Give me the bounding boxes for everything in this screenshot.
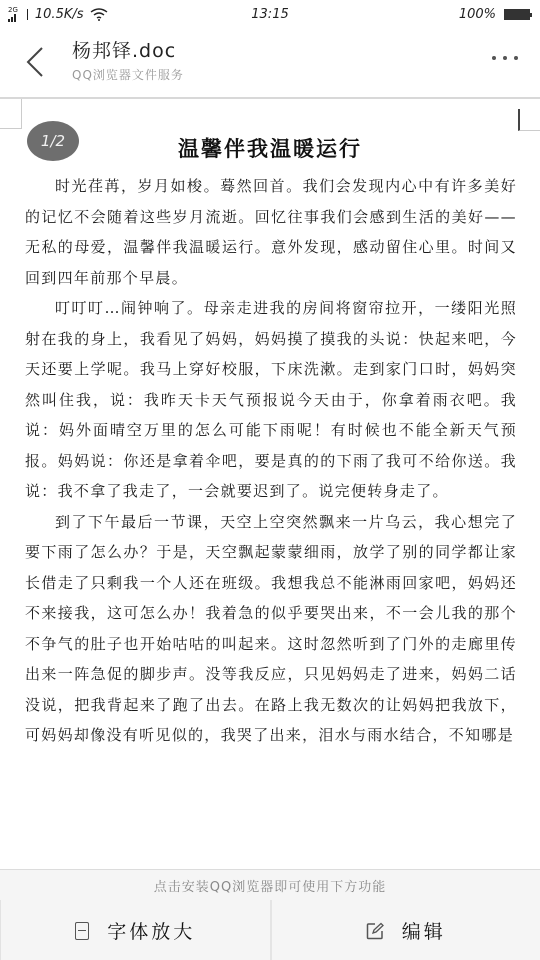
page-corner-mark-right [518, 109, 540, 131]
font-enlarge-button[interactable]: 字体放大 [0, 900, 270, 960]
document-heading: 温馨伴我温暖运行 [0, 133, 540, 163]
document-viewer[interactable]: 温馨伴我温暖运行 1/2 时光荏苒，岁月如梭。蓦然回首。我们会发现内心中有许多美… [0, 99, 540, 869]
page-corner-mark-left [0, 99, 22, 129]
paragraph: 叮叮叮…闹钟响了。母亲走进我的房间将窗帘拉开，一缕阳光照射在我的身上，我看见了妈… [25, 293, 517, 507]
document-title: 杨邦铎.doc [72, 36, 184, 63]
wifi-icon [90, 7, 108, 21]
edit-button[interactable]: 编辑 [270, 900, 540, 960]
dot [514, 56, 518, 60]
signal-bar-icon [27, 9, 28, 20]
edit-label: 编辑 [402, 917, 446, 944]
dot [503, 56, 507, 60]
font-enlarge-label: 字体放大 [107, 917, 195, 944]
edit-icon [366, 922, 384, 940]
paragraph: 时光荏苒，岁月如梭。蓦然回首。我们会发现内心中有许多美好的记忆不会随着这些岁月流… [25, 171, 517, 293]
more-dots-icon [492, 56, 496, 60]
install-hint[interactable]: 点击安装QQ浏览器即可使用下方功能 [0, 876, 540, 895]
network-speed: 10.5K/s [35, 7, 84, 22]
chevron-left-icon [22, 44, 50, 80]
paragraph: 到了下午最后一节课，天空上空突然飘来一片乌云，我心想完了要下雨了怎么办？于是，天… [25, 507, 517, 751]
font-size-icon [75, 922, 89, 940]
title-block: 杨邦铎.doc QQ浏览器文件服务 [72, 36, 184, 83]
document-subtitle: QQ浏览器文件服务 [72, 66, 184, 83]
action-row: 字体放大 编辑 [0, 900, 540, 960]
back-button[interactable] [22, 44, 50, 80]
battery-icon [504, 9, 530, 20]
battery-percent: 100% [459, 7, 496, 22]
more-options-button[interactable] [492, 56, 518, 60]
title-bar: 杨邦铎.doc QQ浏览器文件服务 [0, 28, 540, 98]
network-type: 2G [8, 7, 18, 14]
page-indicator: 1/2 [27, 121, 79, 161]
document-body: 时光荏苒，岁月如梭。蓦然回首。我们会发现内心中有许多美好的记忆不会随着这些岁月流… [25, 171, 517, 751]
bottom-toolbar: 点击安装QQ浏览器即可使用下方功能 字体放大 编辑 [0, 869, 540, 960]
status-left: 2G 10.5K/s [8, 7, 108, 22]
status-bar: 2G 10.5K/s 13:15 100% [0, 0, 540, 28]
status-right: 100% [459, 0, 530, 28]
cellular-signal-icon: 2G [8, 7, 18, 22]
